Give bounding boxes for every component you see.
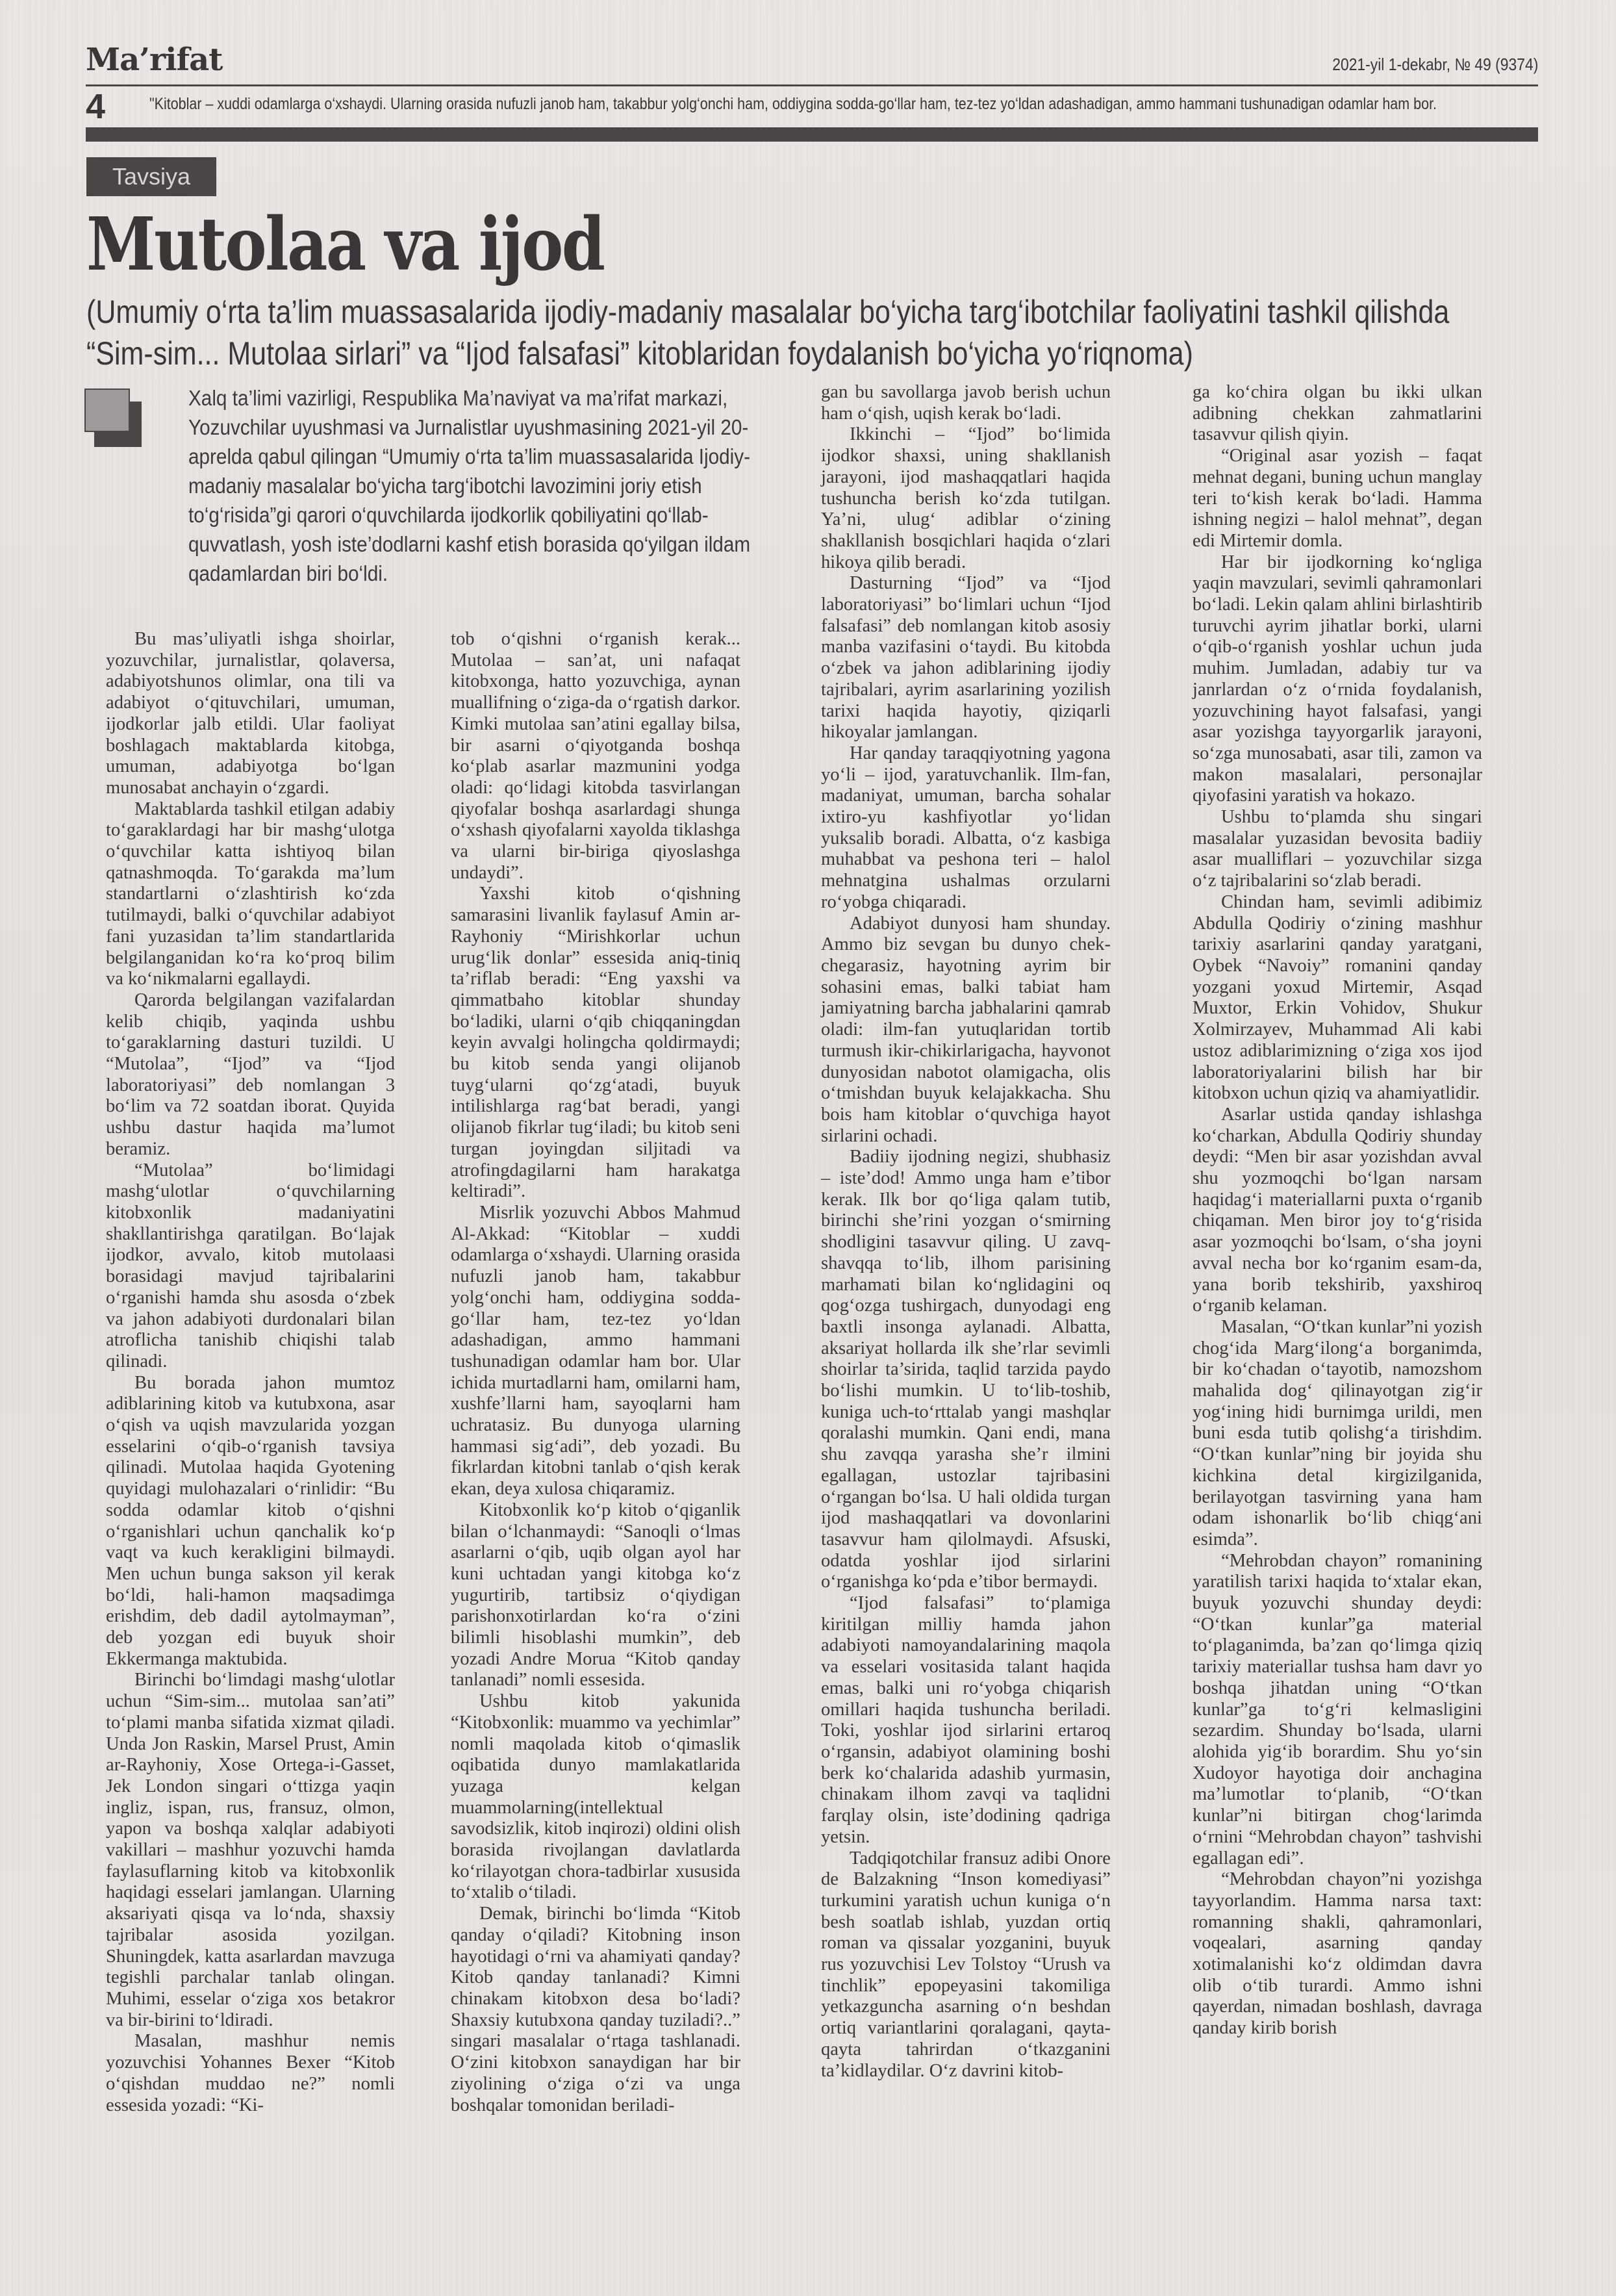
paragraph: Misrlik yozuvchi Abbos Mahmud Al-Akkad: … [451,1203,740,1500]
article-column-1: Bu mas’uliyatli ishga shoirlar, yozuvchi… [106,629,395,2116]
newspaper-logo: Ma’rifat [86,40,222,79]
paragraph: Ikkinchi – “Ijod” bo‘limida ijodkor shax… [821,424,1111,573]
paragraph: gan bu savollarga javob berish uchun ham… [821,382,1111,424]
paragraph: “Ijod falsafasi” to‘plamiga kiritilgan m… [821,1593,1111,1848]
paragraph: Demak, birinchi bo‘limda “Kitob qanday o… [451,1904,740,2116]
paragraph: Qarorda belgilangan vazifalardan kelib c… [106,990,395,1160]
issue-date: 2021-yil 1-dekabr, № 49 (9374) [1332,55,1538,75]
paragraph: tob o‘qishni o‘rganish kerak... Mutolaa … [451,629,740,884]
paragraph: Masalan, mashhur nemis yozuvchisi Yohann… [106,2031,395,2116]
lead-squares-icon [84,389,143,447]
paragraph: Asarlar ustida qanday ishlashga ko‘chark… [1193,1104,1482,1317]
paragraph: Maktablarda tashkil etilgan adabiy to‘ga… [106,799,395,990]
paragraph: Yaxshi kitob o‘qishning samarasini livan… [451,884,740,1203]
paragraph: Birinchi bo‘limdagi mashg‘ulotlar uchun … [106,1670,395,2031]
masthead-bar: Ma’rifat 2021-yil 1-dekabr, № 49 (9374) [86,40,1538,79]
header-pull-quote: "Kitoblar – xuddi odamlarga o‘xshaydi. U… [149,95,1339,114]
paragraph: Tadqiqotchilar fransuz adibi Onore de Ba… [821,1848,1111,2082]
paragraph: Har bir ijodkorning ko‘ngliga yaqin mavz… [1193,552,1482,807]
light-square-icon [84,389,130,432]
article-subtitle: (Umumiy o‘rta ta’lim muassasalarida ijod… [86,291,1517,374]
paragraph: Har qanday taraqqiyotning yagona yo‘li –… [821,743,1111,913]
header-divider [86,84,1538,86]
paragraph: “Original asar yozish – faqat mehnat deg… [1193,446,1482,552]
article-column-3: gan bu savollarga javob berish uchun ham… [821,382,1111,2082]
article-lead: Xalq ta’limi vazirligi, Respublika Ma’na… [188,383,773,588]
paragraph: ga ko‘chira olgan bu ikki ulkan adibning… [1193,382,1482,446]
paragraph: Bu borada jahon mumtoz adiblarining kito… [106,1373,395,1670]
article-column-4: ga ko‘chira olgan bu ikki ulkan adibning… [1193,382,1482,2039]
header-thick-rule [86,127,1538,142]
paragraph: Adabiyot dunyosi ham shunday. Ammo biz s… [821,913,1111,1147]
paragraph: Dasturning “Ijod” va “Ijod laboratoriyas… [821,573,1111,743]
article-column-2: tob o‘qishni o‘rganish kerak... Mutolaa … [451,629,740,2116]
article-title: Mutolaa va ijod [86,203,604,287]
paragraph: Badiiy ijodning negizi, shubhasiz – iste… [821,1147,1111,1593]
paragraph: Masalan, “O‘tkan kunlar”ni yozish chog‘i… [1193,1317,1482,1551]
paragraph: Kitobxonlik ko‘p kitob o‘qiganlik bilan … [451,1500,740,1691]
rubric-label: Tavsiya [86,157,216,196]
paragraph: Ushbu to‘plamda shu singari masalalar yu… [1193,807,1482,892]
paragraph: Chindan ham, sevimli adibimiz Abdulla Qo… [1193,892,1482,1104]
paragraph: “Mehrobdan chayon” romanining yaratilish… [1193,1551,1482,1870]
paragraph: Bu mas’uliyatli ishga shoirlar, yozuvchi… [106,629,395,799]
paragraph: “Mehrobdan chayon”ni yozishga tayyorland… [1193,1869,1482,2039]
paragraph: Ushbu kitob yakunida “Kitobxonlik: muamm… [451,1691,740,1904]
paragraph: “Mutolaa” bo‘limidagi mashg‘ulotlar o‘qu… [106,1160,395,1373]
page-number: 4 [86,88,105,125]
